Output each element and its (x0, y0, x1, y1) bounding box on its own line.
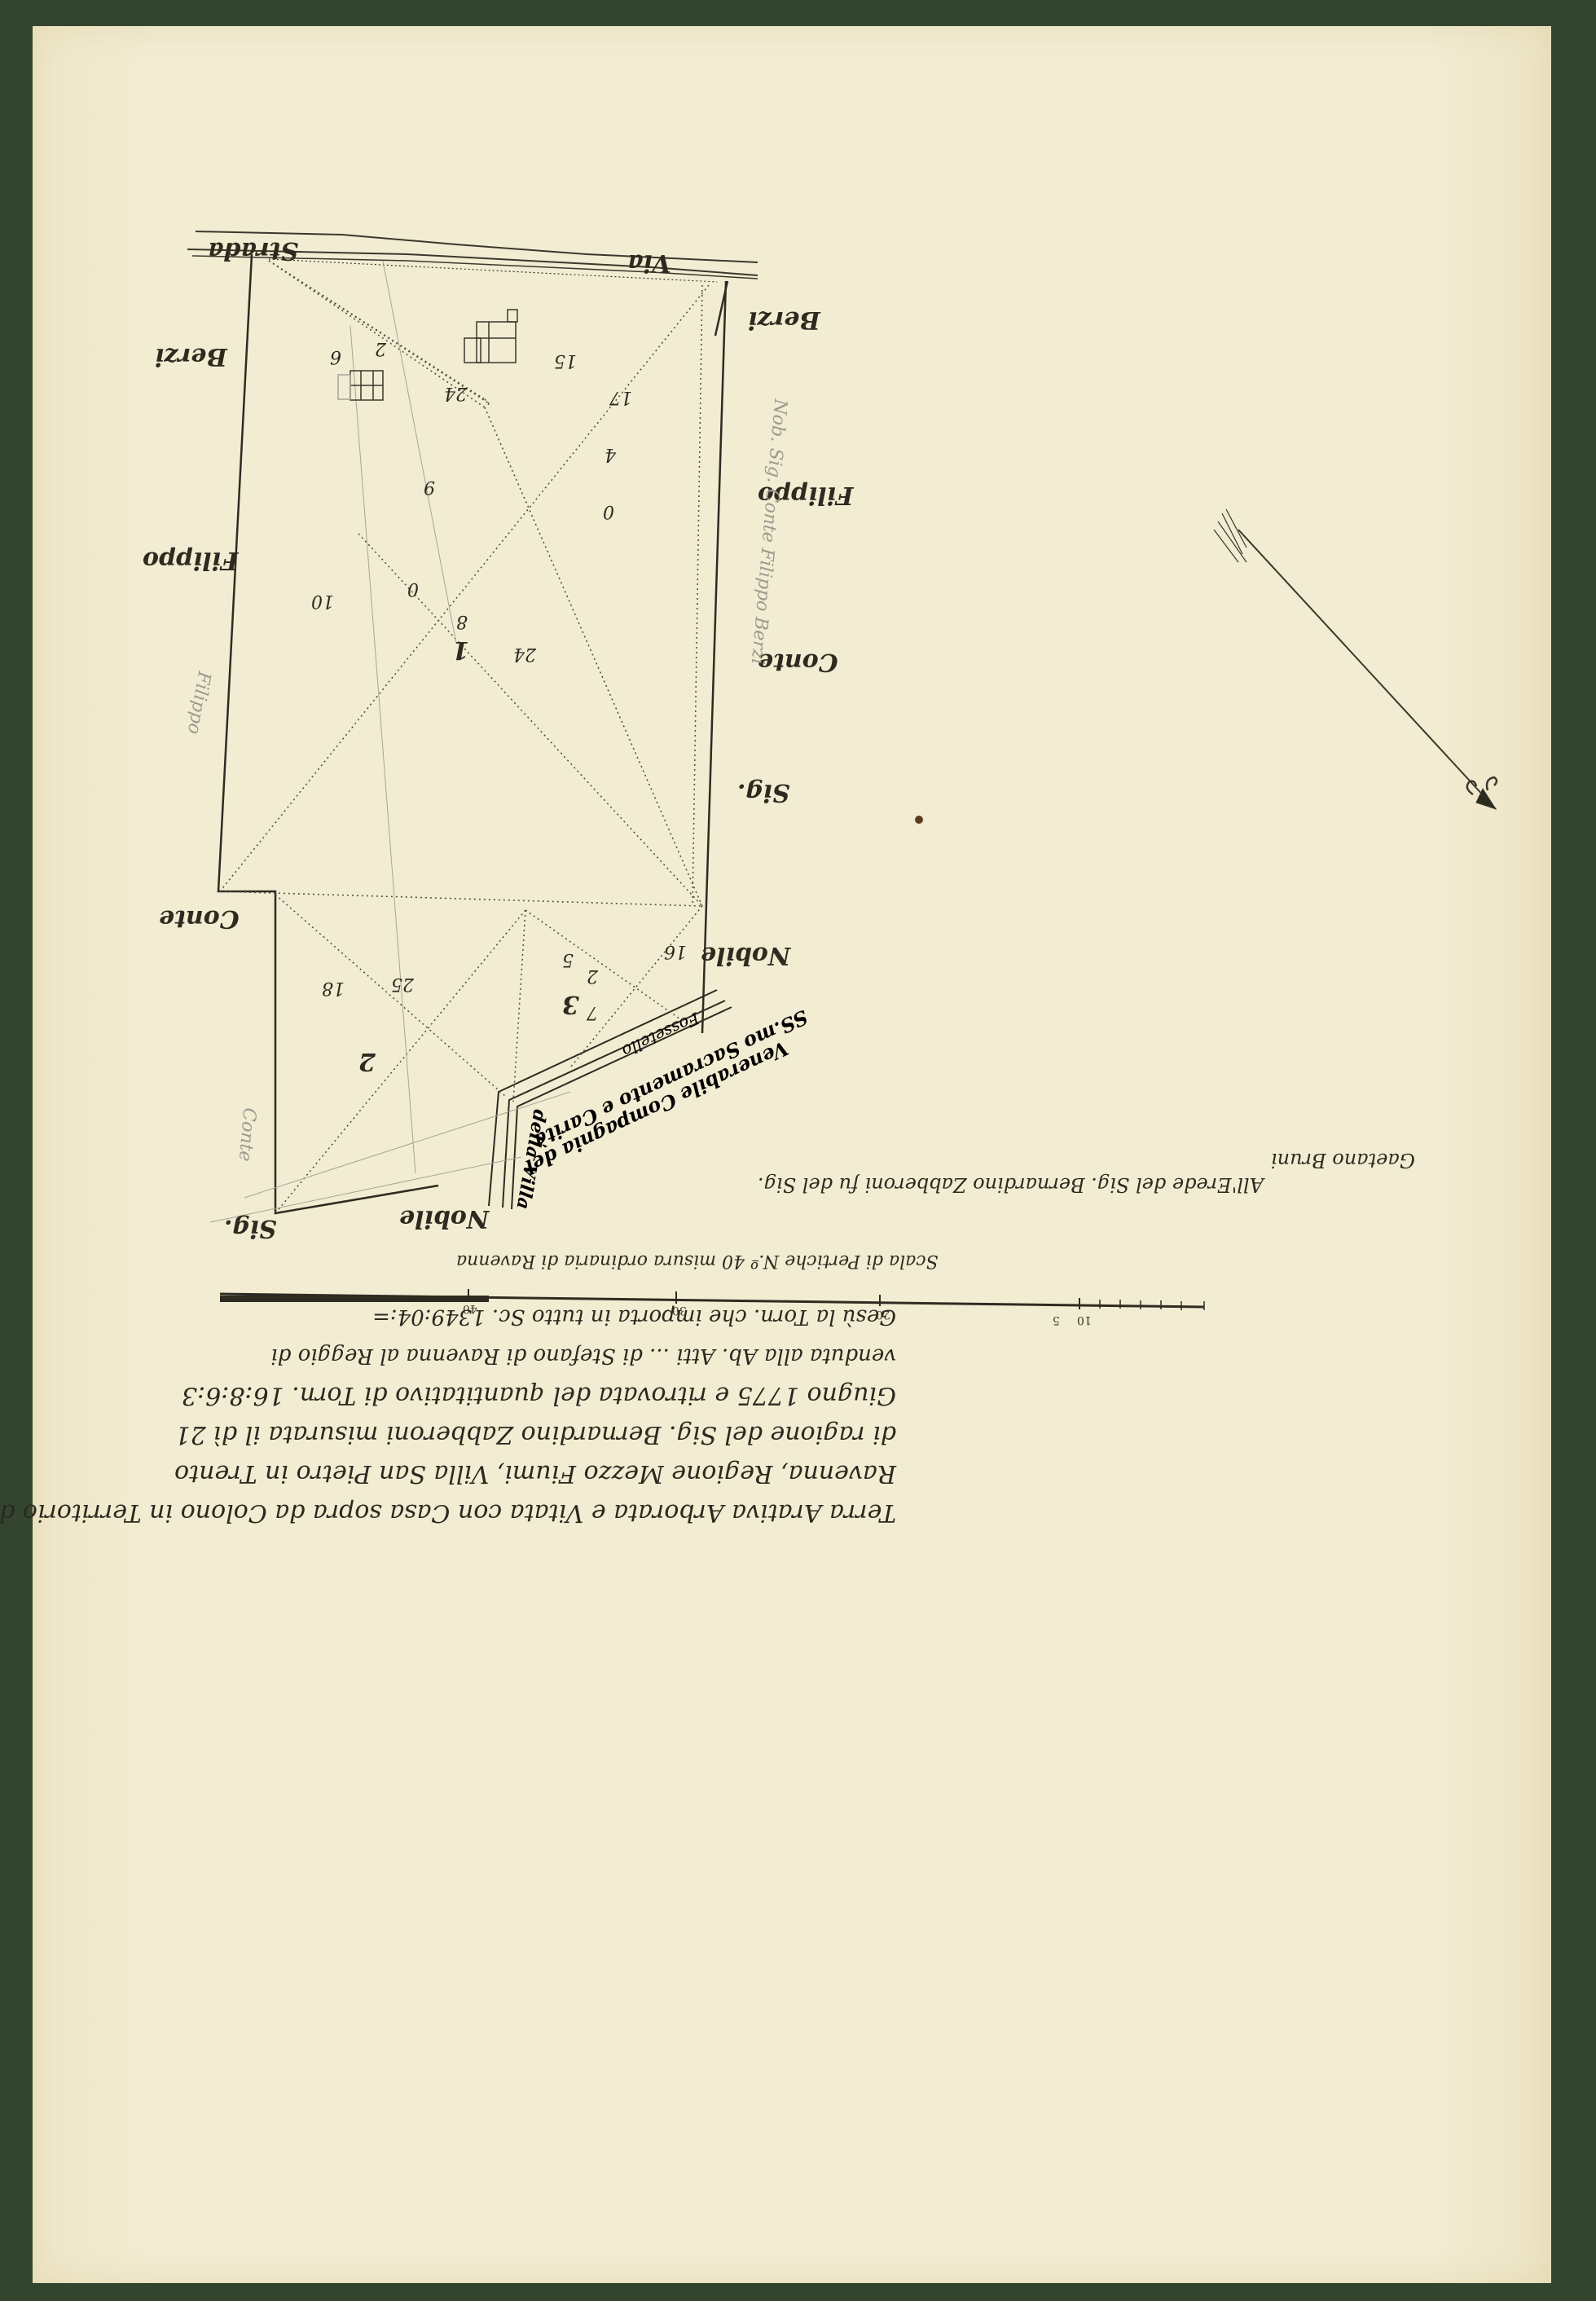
measurement: 18 (322, 978, 345, 998)
ink-stain (915, 816, 923, 824)
measurement: 24 (444, 383, 467, 403)
measurement: 0 (603, 501, 614, 521)
title-block: Terra Arativa Arborata e Vitata con Casa… (81, 1304, 896, 1532)
parcel-number-2: 2 (358, 1047, 376, 1076)
measurement: 10 (311, 591, 334, 611)
label-strada: Strada (208, 236, 298, 265)
measurement: 9 (424, 477, 435, 497)
title-line-1: Terra Arativa Arborata e Vitata con Casa… (81, 1493, 896, 1532)
label-berzi-left: Berzi (155, 342, 227, 371)
title-line-4: Giugno 1775 e ritrovata del quantitativo… (81, 1375, 896, 1414)
label-conte-left: Conte (159, 904, 240, 933)
label-berzi-right: Berzi (748, 306, 820, 334)
measurement: 25 (391, 974, 414, 994)
pencil-lines (210, 261, 570, 1222)
measurement: 8 (456, 611, 468, 631)
measurement: 7 (587, 1002, 598, 1023)
triangulation-lines (220, 261, 709, 1213)
parcel-outline (218, 254, 728, 1213)
scale-bar-label: Scala di Pertiche N.º 40 misura ordinari… (456, 1251, 939, 1271)
scale-tick: 10 (1077, 1313, 1092, 1326)
measurement: 17 (609, 387, 632, 407)
label-nobile-right: Nobile (701, 941, 790, 970)
label-nobile-bottom: Nobile (399, 1204, 489, 1233)
surveyor-note-line2: Gaetano Bruni (1271, 1149, 1415, 1172)
title-line-5: venduta alla Ab. Atti ... di Stefano di … (81, 1336, 896, 1375)
compass-arrow-icon (1214, 509, 1497, 809)
title-line-2: Ravenna, Regione Mezzo Fiumi, Villa San … (81, 1454, 896, 1493)
parcel-number-1: 1 (452, 636, 469, 664)
measurement: 2 (587, 966, 598, 986)
parcel-number-3: 3 (562, 990, 579, 1019)
measurement: 4 (605, 444, 616, 464)
label-sig-bottom-left: Sig. (224, 1214, 276, 1243)
building-casa (464, 310, 517, 363)
scale-tick: 5 (1053, 1313, 1060, 1326)
building-annesso (338, 371, 383, 400)
measurement: 16 (664, 941, 687, 961)
surveyor-note-line1: All'Erede del Sig. Bernardino Zabberoni … (758, 1173, 1264, 1196)
label-conte-right: Conte (758, 648, 838, 676)
title-line-6: Gesù la Torn. che importa in tutto Sc. 1… (81, 1297, 896, 1336)
label-sig-right: Sig. (737, 778, 789, 807)
measurement: 0 (407, 579, 419, 599)
measurement: 5 (562, 949, 574, 970)
measurement: 15 (554, 350, 577, 371)
measurement: 6 (330, 346, 341, 367)
label-filippo-left: Filippo (143, 546, 238, 574)
label-via: Via (627, 249, 671, 277)
title-line-3: di ragione del Sig. Bernardino Zabberoni… (81, 1414, 896, 1454)
measurement: 2 (375, 338, 386, 359)
measurement: 24 (513, 644, 536, 664)
